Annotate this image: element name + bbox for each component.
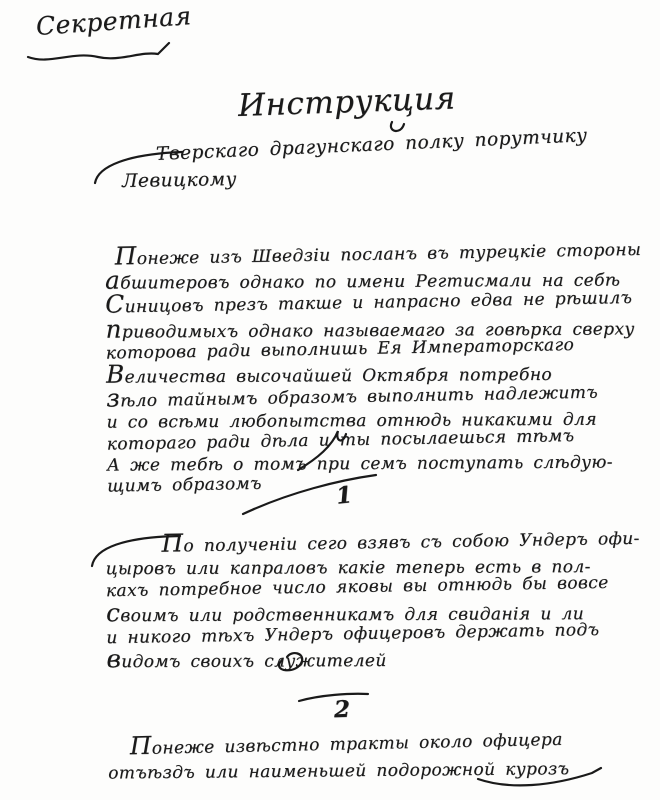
addressee-line-1: Тверскаго драгунскаго полку порутчику — [156, 125, 588, 165]
preamble-line: Понеже изъ Шведзіи посланъ въ турецкіе с… — [115, 238, 605, 271]
classification-label: Секретная — [35, 1, 192, 41]
section-1-paragraph: По полученіи сего взявъ съ собою Ундеръ … — [105, 530, 616, 674]
preamble-paragraph: Понеже изъ Шведзіи посланъ въ турецкіе с… — [105, 241, 608, 497]
addressee-line-2: Левицкому — [122, 169, 237, 192]
section-2-line: отъѣздъ или наименьшей подорожной курозъ — [108, 757, 618, 785]
section-1-line: По полученіи сего взявъ съ собою Ундеръ … — [161, 526, 615, 558]
section-2-paragraph: Понеже извѣстно тракты около офицера отъ… — [108, 729, 619, 785]
section-1-number: 1 — [335, 481, 354, 510]
page-title: Инструкция — [237, 80, 456, 124]
title-descender-curl — [391, 122, 404, 131]
section-1-line: видомъ своихъ служителей — [106, 647, 616, 673]
section-2-line: Понеже извѣстно тракты около офицера — [130, 726, 618, 762]
secret-underline-flourish — [28, 43, 169, 60]
section-2-number: 2 — [334, 696, 351, 724]
manuscript-page: Секретная Инструкция Тверскаго драгунска… — [0, 0, 660, 800]
